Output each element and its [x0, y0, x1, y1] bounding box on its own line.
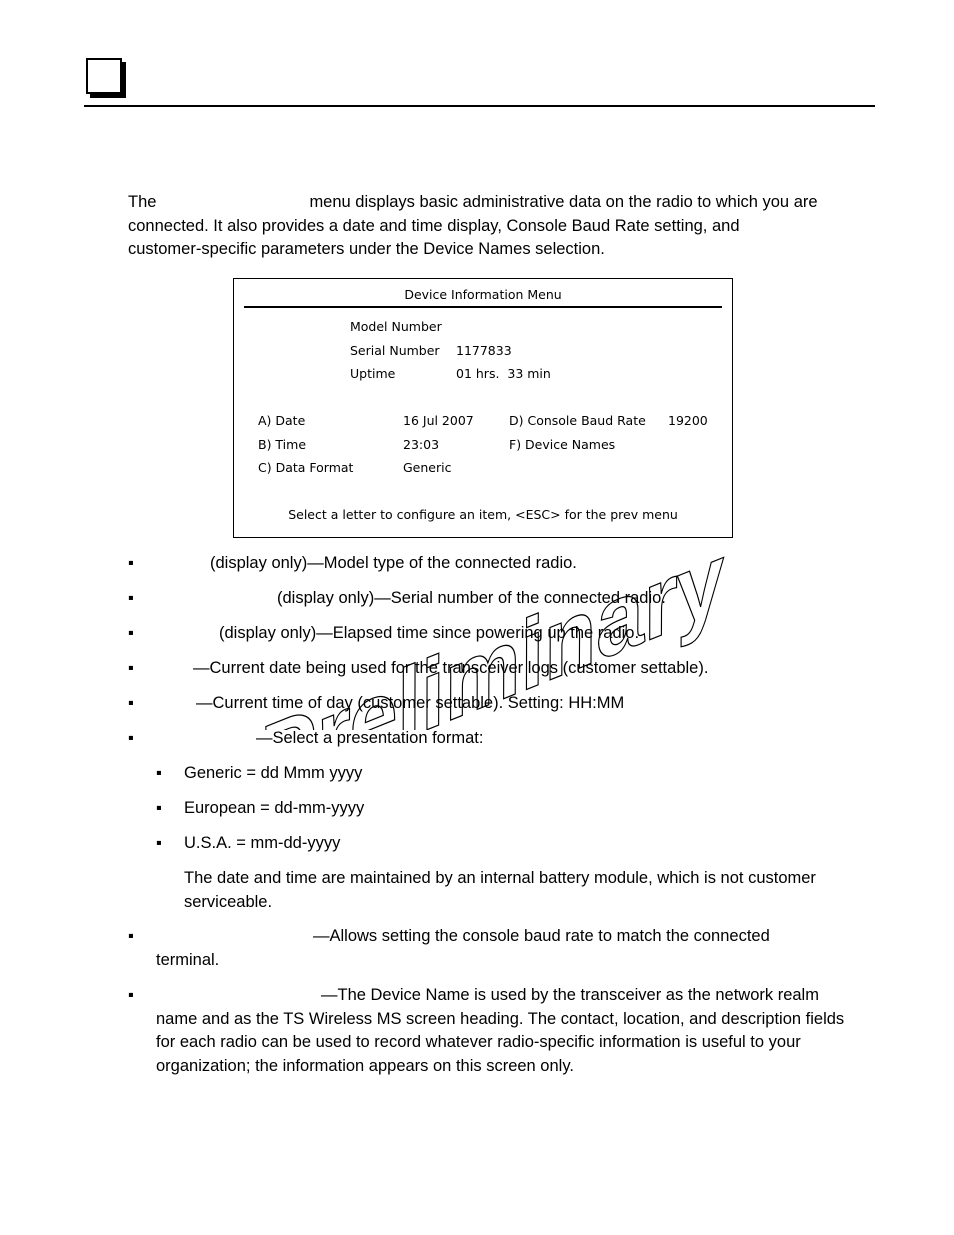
menu-title: Device Information Menu [234, 287, 732, 302]
bullet-data-format: ▪ —Select a presentation format: [128, 727, 858, 762]
serial-number-value: 1177833 [456, 343, 512, 358]
bullet-icon: ▪ [128, 587, 134, 611]
menu-divider [244, 306, 722, 308]
bullet-time: ▪ —Current time of day (customer settabl… [128, 692, 858, 727]
date-value: 16 Jul 2007 [403, 413, 474, 428]
bullet-serial-number: ▪ (display only)—Serial number of the co… [128, 587, 858, 622]
format-generic: ▪ Generic = dd Mmm yyyy [128, 762, 858, 797]
intro-paragraph: Themenu displays basic administrative da… [128, 191, 848, 262]
bullet-icon: ▪ [128, 727, 134, 751]
menu-item-data-format[interactable]: C) Data Format [258, 460, 353, 475]
intro-line2: connected. It also provides a date and t… [128, 217, 740, 235]
bullet-device-names: ▪ —The Device Name is used by the transc… [128, 984, 858, 1078]
bullet-icon: ▪ [128, 692, 134, 716]
bullet-icon: ▪ [128, 552, 134, 576]
menu-item-time[interactable]: B) Time [258, 437, 306, 452]
intro-lead: The [128, 193, 156, 211]
menu-prompt: Select a letter to configure an item, <E… [234, 507, 732, 522]
bullet-console-baud-rate: ▪ —Allows setting the console baud rate … [128, 925, 858, 984]
model-number-label: Model Number [350, 319, 442, 334]
chapter-box [86, 58, 122, 94]
bullet-uptime: ▪ (display only)—Elapsed time since powe… [128, 622, 858, 657]
uptime-value: 01 hrs. 33 min [456, 366, 551, 381]
field-descriptions: ▪ (display only)—Model type of the conne… [128, 552, 858, 1078]
header-rule [84, 105, 875, 107]
uptime-label: Uptime [350, 366, 395, 381]
baud-rate-value: 19200 [668, 413, 708, 428]
bullet-icon: ▪ [128, 925, 134, 949]
format-european: ▪ European = dd-mm-yyyy [128, 797, 858, 832]
menu-item-device-names[interactable]: F) Device Names [509, 437, 615, 452]
menu-item-console-baud-rate[interactable]: D) Console Baud Rate [509, 413, 646, 428]
format-note: The date and time are maintained by an i… [128, 867, 858, 925]
menu-item-date[interactable]: A) Date [258, 413, 305, 428]
bullet-icon: ▪ [128, 984, 134, 1008]
intro-line3: customer-specific parameters under the D… [128, 240, 605, 258]
intro-line1: menu displays basic administrative data … [309, 193, 817, 211]
time-value: 23:03 [403, 437, 439, 452]
bullet-icon: ▪ [156, 762, 162, 786]
device-information-menu: Device Information Menu Model Number Ser… [233, 278, 733, 538]
bullet-icon: ▪ [156, 832, 162, 856]
bullet-icon: ▪ [128, 657, 134, 681]
serial-number-label: Serial Number [350, 343, 440, 358]
data-format-value: Generic [403, 460, 451, 475]
bullet-model-number: ▪ (display only)—Model type of the conne… [128, 552, 858, 587]
format-usa: ▪ U.S.A. = mm-dd-yyyy [128, 832, 858, 867]
bullet-date: ▪ —Current date being used for the trans… [128, 657, 858, 692]
bullet-icon: ▪ [156, 797, 162, 821]
bullet-icon: ▪ [128, 622, 134, 646]
